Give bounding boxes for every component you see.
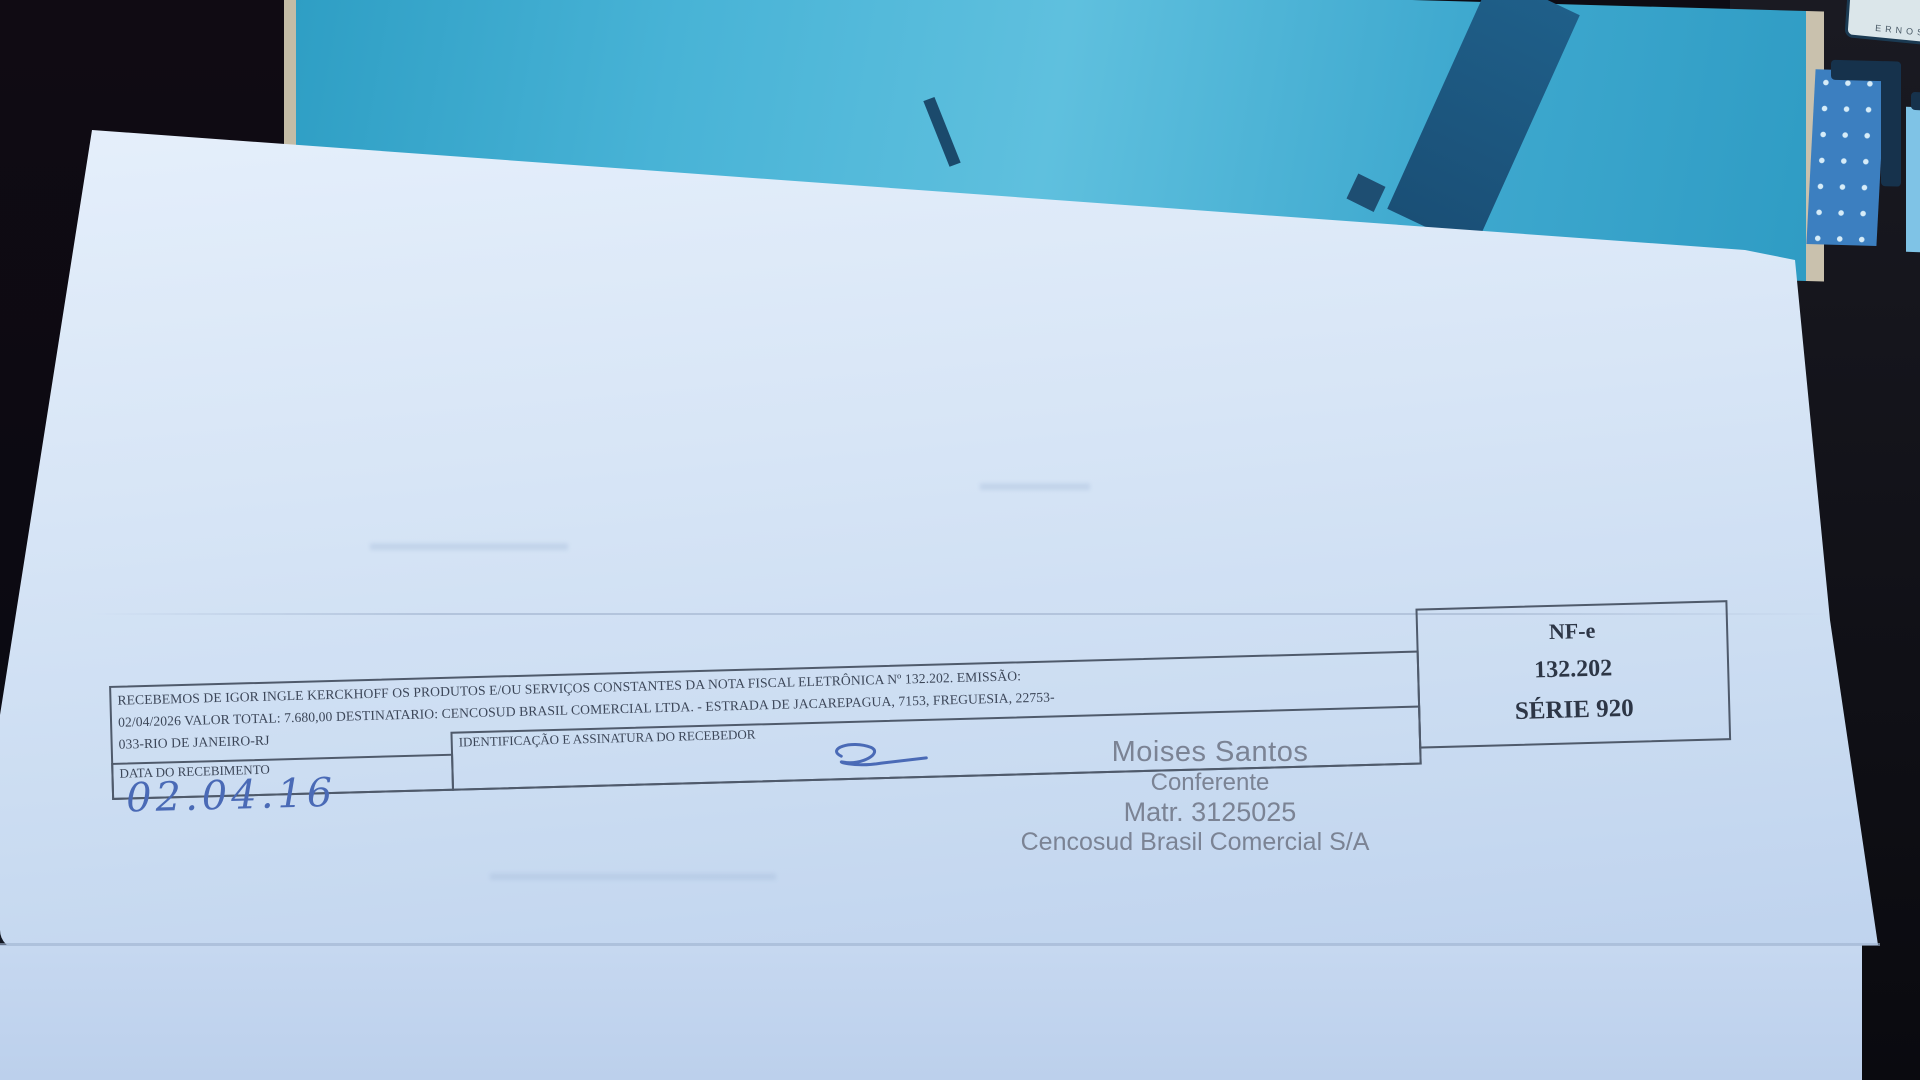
cover-stripe — [1346, 173, 1385, 211]
invoice-paper — [0, 120, 1885, 950]
handwritten-date: 02.04.16 — [126, 770, 337, 822]
bleed-through-text: ▬▬▬▬▬ — [980, 470, 1090, 496]
flag-emblem-icon — [1811, 59, 1920, 255]
stamp-role: Conferente — [1020, 771, 1400, 795]
receiver-stamp: Moises Santos Conferente Matr. 3125025 C… — [1020, 738, 1400, 855]
paper-fold — [0, 943, 1880, 946]
cover-stripe — [1387, 0, 1580, 250]
paper-lower-sheet — [0, 945, 1862, 1080]
stamp-company: Cencosud Brasil Comercial S/A — [990, 830, 1400, 855]
bleed-through-text: ▬▬▬▬▬▬▬▬▬ — [370, 530, 568, 556]
bleed-through-text: ▬▬▬▬▬▬▬▬▬▬▬▬▬ — [490, 860, 776, 886]
cover-stripe — [923, 97, 960, 167]
stamp-registration: Matr. 3125025 — [1020, 799, 1400, 826]
stamp-name: Moises Santos — [1020, 738, 1400, 767]
signature-scribble-icon — [821, 736, 932, 779]
